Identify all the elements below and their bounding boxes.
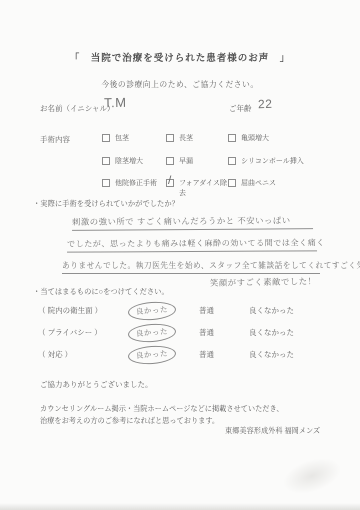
- surgery-option: 包茎: [102, 133, 166, 156]
- footer-note-line2: 治療をお考えの方のご参考になればと思っております。: [40, 416, 219, 426]
- checkbox-icon: [228, 157, 236, 165]
- checkbox-icon: [102, 179, 110, 187]
- surgery-option-label: フォアダイス除去: [179, 178, 228, 198]
- rating-option-good-circled: 良かった: [127, 300, 176, 321]
- surgery-option: 他院修正手術: [102, 178, 166, 201]
- checkbox-icon: [102, 134, 110, 142]
- rating-row-label: （ 対応 ）: [38, 349, 72, 360]
- surgery-option-label: 亀頭増大: [241, 133, 269, 143]
- rating-option-good-circled: 良かった: [127, 344, 176, 365]
- checkbox-checked-icon: [166, 179, 174, 187]
- surgery-option-label: 包茎: [115, 133, 129, 143]
- page-title: 「 当院で治療を受けられた患者様のお声 」: [0, 50, 360, 64]
- surgery-option: シリコンボール挿入: [228, 156, 358, 179]
- footer-note-line1: カウンセリングルーム掲示・当院ホームページなどに掲載させていただき、: [40, 404, 284, 414]
- answer-line-1: 刺激の強い所で すごく痛いんだろうかと 不安いっぱい: [72, 214, 313, 231]
- rating-row-privacy: （ プライバシー ） 良かった 普通 良くなかった: [0, 324, 360, 342]
- rating-option-normal: 普通: [199, 327, 214, 338]
- surgery-option-label: 他院修正手術: [115, 178, 157, 188]
- rating-option-normal: 普通: [199, 349, 214, 360]
- rating-option-normal: 普通: [199, 305, 214, 316]
- answer-line-2: でしたが、思ったよりも痛みは軽く麻酔の効いてる間では全く痛く: [67, 237, 317, 252]
- rating-option-bad: 良くなかった: [249, 305, 294, 316]
- surgery-options-grid: 包茎 長茎 亀頭増大 陰茎増大 早漏 シリコンボール挿入 他院修正手術 フォア: [102, 133, 358, 201]
- age-value-handwritten: 22: [258, 97, 273, 111]
- rating-option-bad: 良くなかった: [249, 327, 294, 338]
- scan-bottom-shadow: [0, 503, 360, 510]
- surgery-option-label: シリコンボール挿入: [241, 156, 304, 166]
- clinic-name: 東郷美容形成外科 福岡メンズ: [225, 426, 320, 436]
- checkbox-icon: [166, 134, 174, 142]
- answer-line-4: 笑顔がすごく素敵でした！: [210, 275, 317, 289]
- rating-row-service: （ 対応 ） 良かった 普通 良くなかった: [0, 346, 360, 364]
- surgery-option-label: 早漏: [179, 156, 193, 166]
- name-value-handwritten: T.M: [104, 95, 127, 110]
- rating-option-bad: 良くなかった: [249, 349, 294, 360]
- surgery-option: 陰茎増大: [102, 156, 166, 179]
- rating-option-good-circled: 良かった: [127, 322, 176, 343]
- scan-page: 「 当院で治療を受けられた患者様のお声 」 今後の診療向上のため、ご協力ください…: [0, 0, 360, 510]
- surgery-option-label: 陰茎増大: [115, 156, 143, 166]
- surgery-section-label: 手術内容: [40, 134, 70, 145]
- page-subtitle: 今後の診療向上のため、ご協力ください。: [0, 79, 360, 90]
- checkbox-icon: [228, 134, 236, 142]
- surgery-option-label: 屈曲ペニス: [241, 178, 276, 188]
- checkbox-icon: [166, 157, 174, 165]
- scan-smudge-artifact: [279, 452, 346, 501]
- rating-row-hygiene: （ 院内の衛生面 ） 良かった 普通 良くなかった: [0, 302, 360, 320]
- surgery-option-label: 長茎: [179, 133, 193, 143]
- surgery-option: 亀頭増大: [228, 133, 358, 156]
- checkbox-icon: [102, 157, 110, 165]
- surgery-option: 長茎: [166, 133, 228, 156]
- answer-line-3: ありませんでした。執刀医先生を始め、スタッフ全て雑談話をしてくれてすごく気も楽に…: [62, 260, 320, 274]
- surgery-option-checked: フォアダイス除去: [166, 178, 228, 201]
- age-label: ご年齢: [229, 103, 252, 114]
- rating-row-label: （ 院内の衛生面 ）: [38, 305, 102, 316]
- surgery-option: 屈曲ペニス: [228, 178, 358, 201]
- rating-row-label: （ プライバシー ）: [38, 327, 102, 338]
- ratings-instruction: ・当てはまるものに○をつけてください。: [33, 287, 169, 297]
- surgery-option: 早漏: [166, 156, 228, 179]
- thanks-text: ご協力ありがとうございました。: [40, 379, 153, 390]
- surgery-experience-question: ・実際に手術を受けられていかがでしたか？: [33, 199, 179, 209]
- checkbox-icon: [228, 179, 236, 187]
